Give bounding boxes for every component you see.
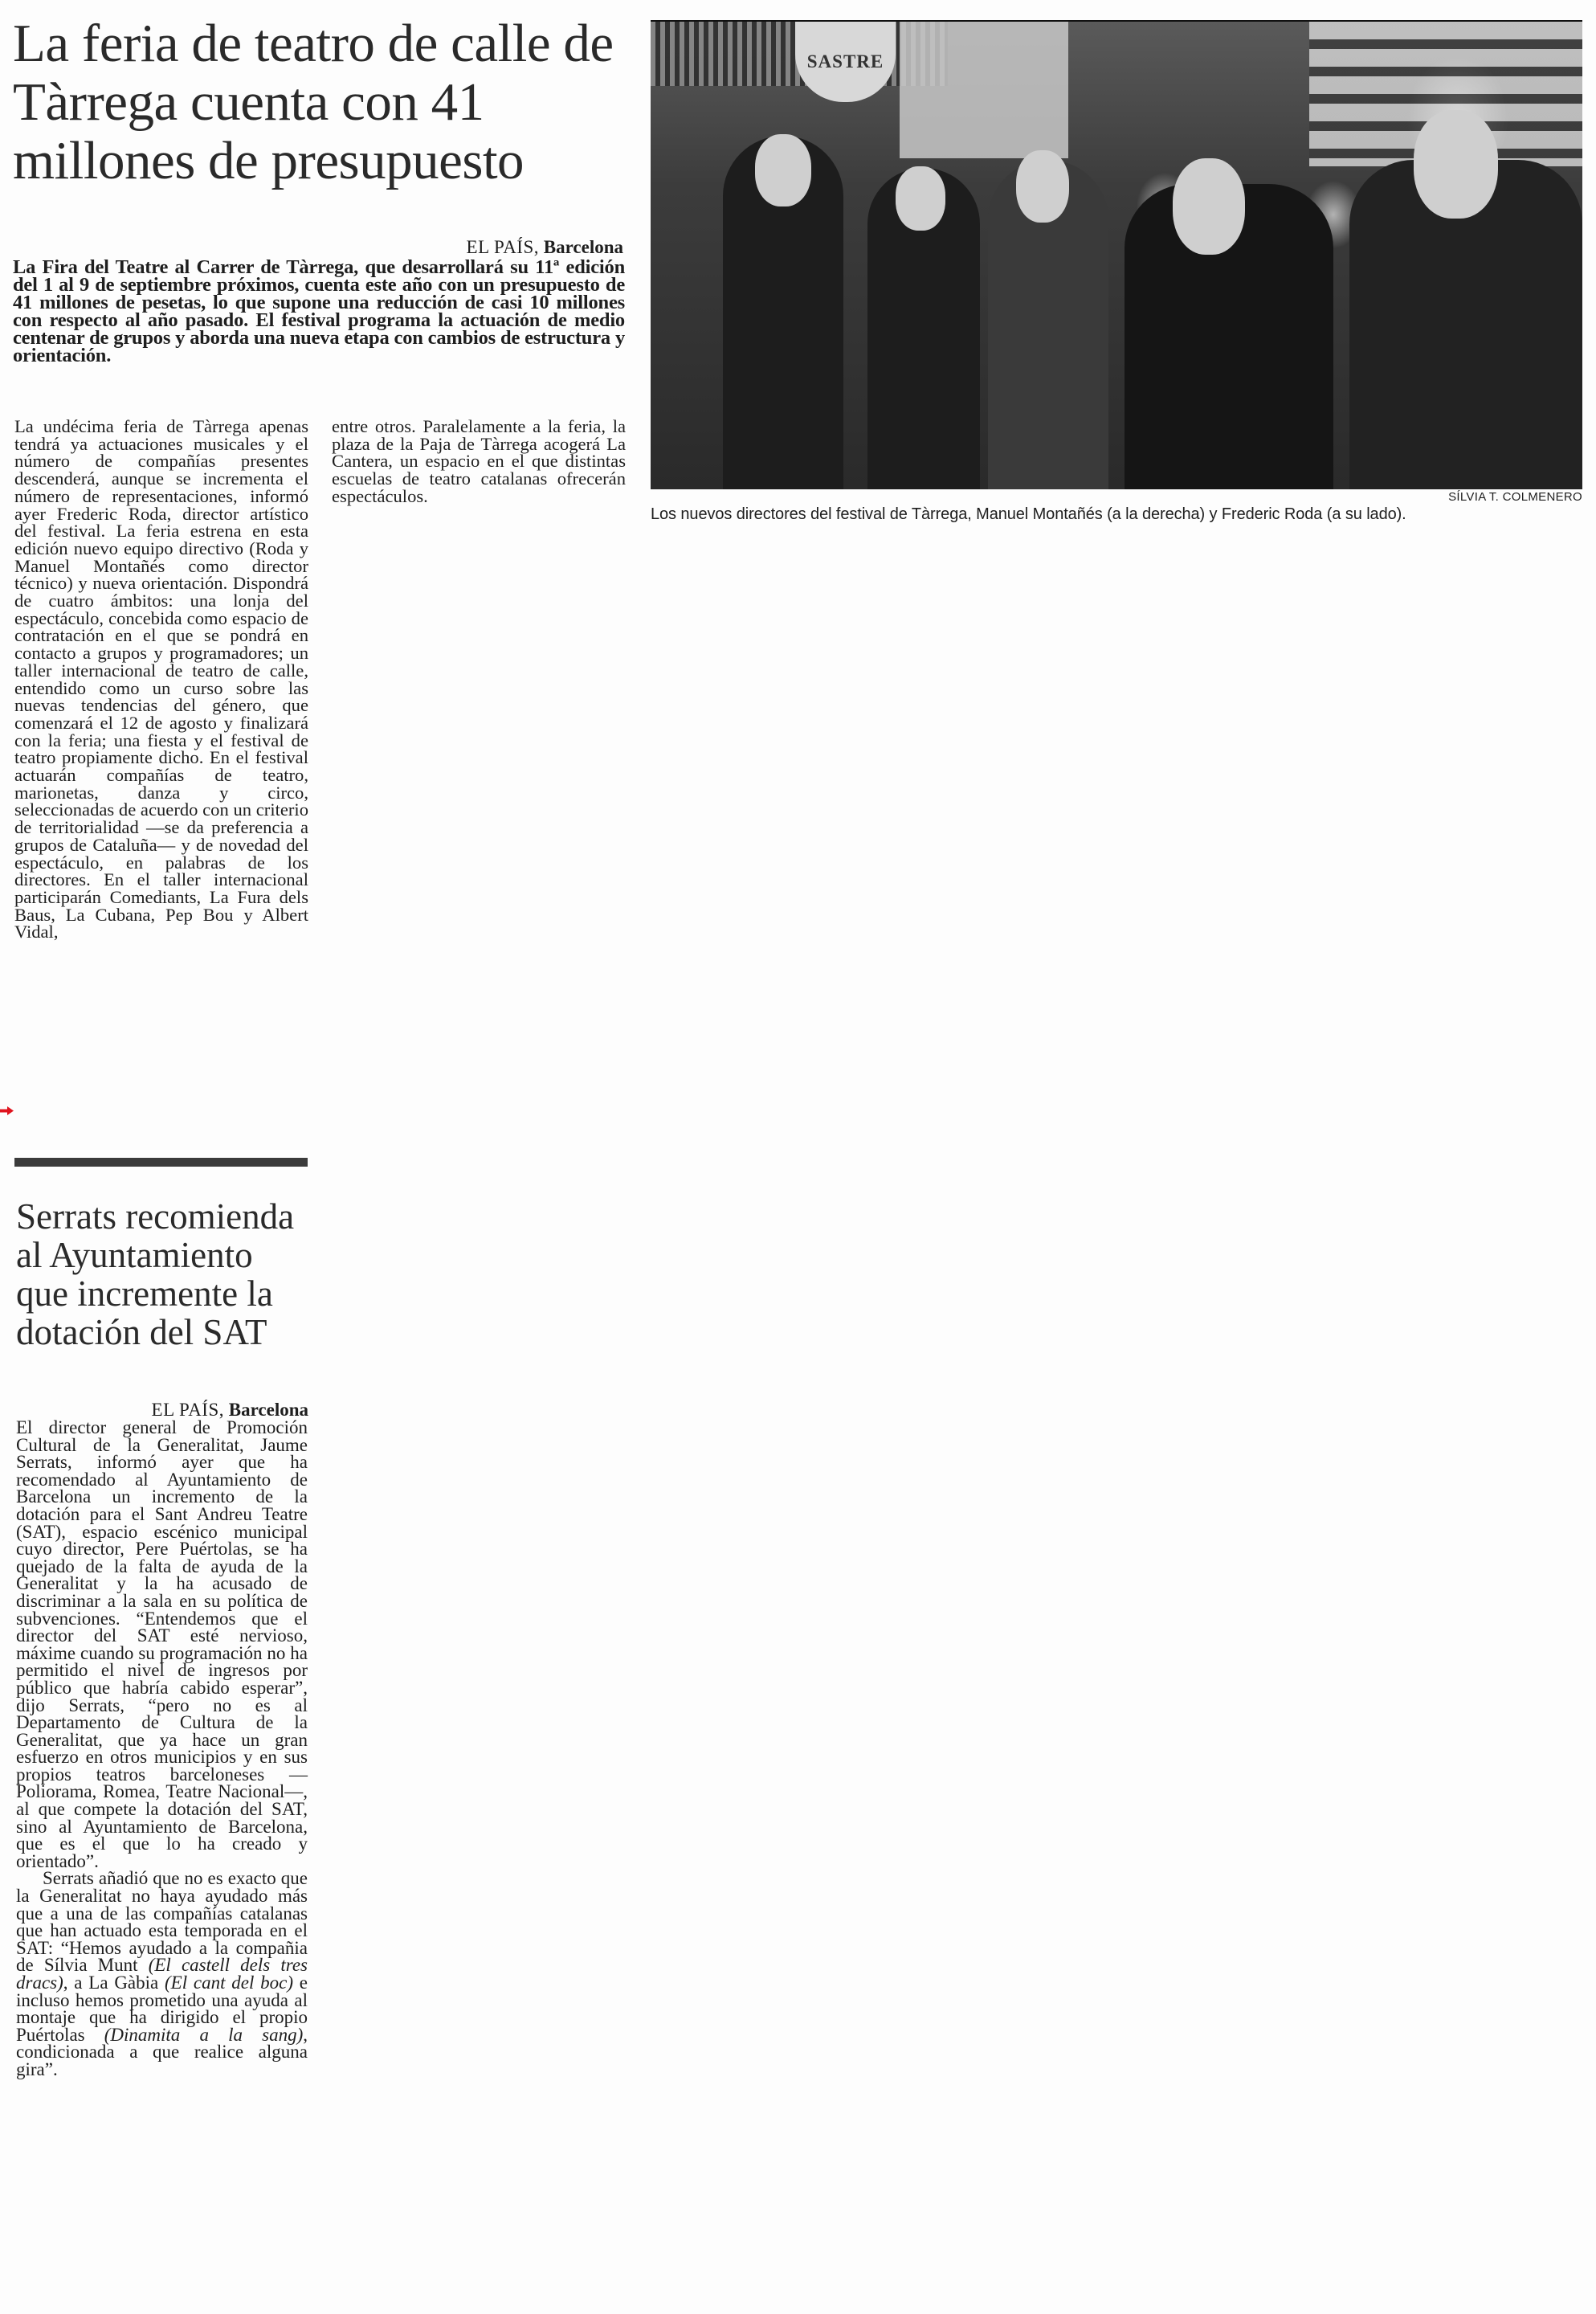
face-2 bbox=[896, 166, 945, 231]
news-photo: SASTRE bbox=[651, 20, 1582, 489]
body-column-2: entre otros. Paralelamente a la feria, l… bbox=[332, 418, 626, 505]
face-5 bbox=[1414, 110, 1498, 219]
lead-paragraph: La Fira del Teatre al Carrer de Tàrrega,… bbox=[13, 259, 625, 365]
photo-caption: Los nuevos directores del festival de Tà… bbox=[651, 505, 1590, 524]
body-paragraph-1: El director general de Promoción Cultura… bbox=[16, 1419, 308, 1870]
body-paragraph-2: Serrats añadió que no es exacto que la G… bbox=[16, 1870, 308, 2078]
photo-credit: SÍLVIA T. COLMENERO bbox=[651, 490, 1582, 504]
body-text: entre otros. Paralelamente a la feria, l… bbox=[332, 418, 626, 505]
headline-tarrega: La feria de teatro de calle de Tàrrega c… bbox=[13, 14, 623, 190]
background-building bbox=[900, 22, 1068, 158]
article-divider bbox=[14, 1158, 308, 1167]
dateline-city: Barcelona bbox=[544, 237, 623, 257]
dateline-agency: EL PAÍS, bbox=[467, 237, 540, 257]
sastre-sign: SASTRE bbox=[795, 22, 896, 102]
dateline: EL PAÍS, Barcelona bbox=[13, 237, 623, 258]
face-3 bbox=[1016, 150, 1069, 223]
body-column-1: La undécima feria de Tàrrega apenas tend… bbox=[14, 418, 308, 941]
red-arrow-icon bbox=[0, 1106, 14, 1115]
body-text: La undécima feria de Tàrrega apenas tend… bbox=[14, 418, 308, 941]
face-4 bbox=[1173, 158, 1245, 255]
face-1 bbox=[755, 134, 811, 206]
headline-serrats: Serrats recomienda al Ayuntamiento que i… bbox=[16, 1197, 305, 1351]
body-column-serrats: El director general de Promoción Cultura… bbox=[16, 1419, 308, 2079]
